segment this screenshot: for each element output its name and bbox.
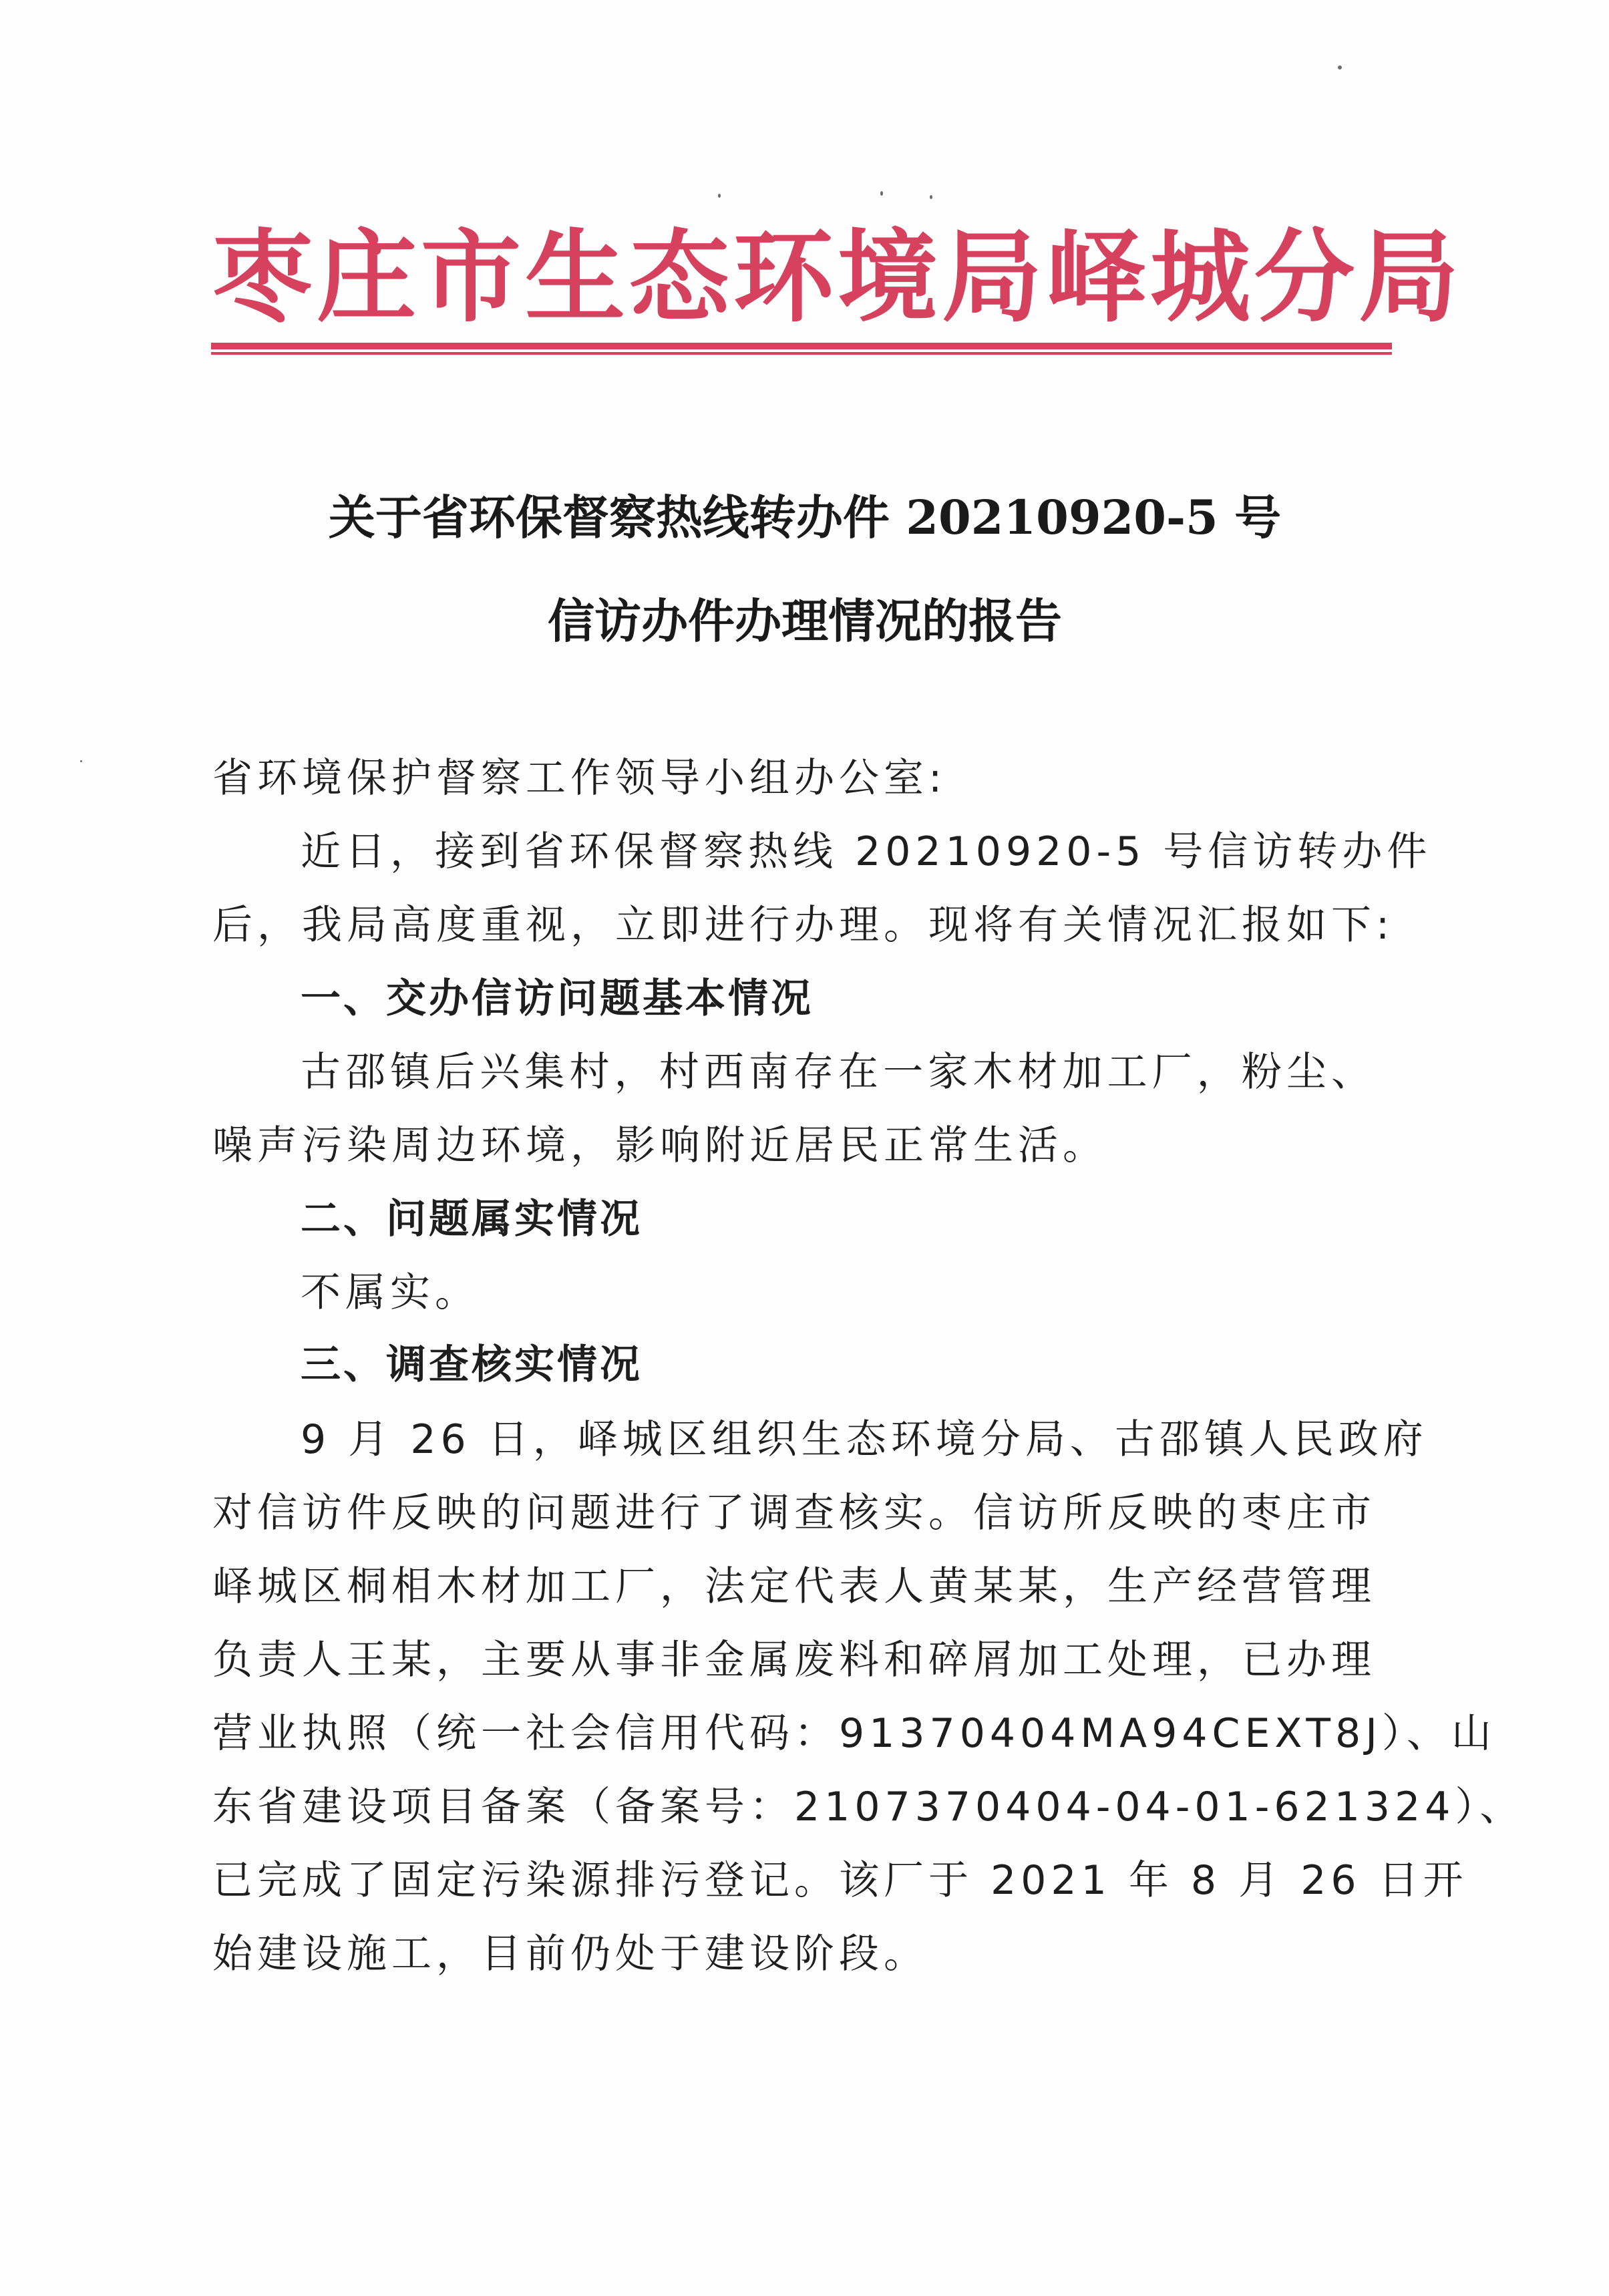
- section-3-line: 9 月 26 日，峄城区组织生态环境分局、古邵镇人民政府: [301, 1410, 1376, 1470]
- letterhead-organization: 枣庄市生态环境局峄城分局: [212, 214, 1375, 341]
- section-1-line: 古邵镇后兴集村，村西南存在一家木材加工厂，粉尘、: [301, 1042, 1376, 1102]
- document-page: 枣庄市生态环境局峄城分局 关于省环保督察热线转办件 20210920-5 号 信…: [0, 0, 1609, 2296]
- intro-line: 后，我局高度重视，立即进行办理。现将有关情况汇报如下:: [212, 895, 1375, 955]
- document-title-line-2: 信访办件办理情况的报告: [200, 588, 1409, 655]
- section-3-line: 东省建设项目备案（备案号：2107370404-04-01-621324）、: [212, 1777, 1375, 1837]
- scan-speck: [718, 194, 721, 198]
- scan-speck: [880, 191, 883, 196]
- section-2-line: 不属实。: [301, 1263, 1376, 1323]
- letterhead-rule-thick: [211, 343, 1392, 349]
- section-3-line: 营业执照（统一社会信用代码：91370404MA94CEXT8J）、山: [212, 1703, 1375, 1764]
- scan-speck: [1338, 65, 1342, 69]
- section-3-line: 峄城区桐相木材加工厂，法定代表人黄某某，生产经营管理: [212, 1556, 1375, 1617]
- section-heading-1: 一、交办信访问题基本情况: [301, 969, 1376, 1029]
- scan-speck: [80, 760, 82, 762]
- scan-speck: [930, 195, 932, 199]
- section-3-line: 对信访件反映的问题进行了调查核实。信访所反映的枣庄市: [212, 1483, 1375, 1543]
- letterhead-rule-thin: [211, 352, 1392, 355]
- salutation: 省环境保护督察工作领导小组办公室:: [212, 748, 1375, 808]
- section-3-line: 已完成了固定污染源排污登记。该厂于 2021 年 8 月 26 日开: [212, 1850, 1375, 1911]
- section-3-line: 始建设施工，目前仍处于建设阶段。: [212, 1924, 1375, 1984]
- section-3-line: 负责人王某，主要从事非金属废料和碎屑加工处理，已办理: [212, 1630, 1375, 1690]
- section-heading-3: 三、调查核实情况: [301, 1335, 1376, 1395]
- intro-line: 近日，接到省环保督察热线 20210920-5 号信访转办件: [301, 822, 1376, 882]
- section-1-line: 噪声污染周边环境，影响附近居民正常生活。: [212, 1116, 1375, 1176]
- section-heading-2: 二、问题属实情况: [301, 1189, 1376, 1249]
- document-title-line-1: 关于省环保督察热线转办件 20210920-5 号: [200, 484, 1409, 551]
